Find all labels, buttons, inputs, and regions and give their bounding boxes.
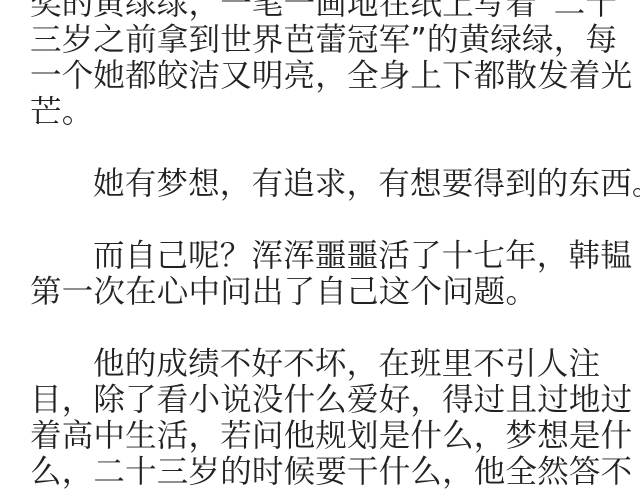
paragraph-gap <box>30 130 608 166</box>
paragraph-2: 她有梦想，有追求，有想要得到的东西。 <box>30 166 608 202</box>
text-line: 而自己呢？浑浑噩噩活了十七年，韩韫 <box>30 238 608 274</box>
text-line: 奖的黄绿绿，一笔一画地在纸上写着“二十 <box>30 0 608 22</box>
text-line: 她有梦想，有追求，有想要得到的东西。 <box>30 166 608 202</box>
text-line: 芒。 <box>30 94 608 130</box>
text-line: 他的成绩不好不坏，在班里不引人注 <box>30 346 608 382</box>
text-line: 一个她都皎洁又明亮，全身上下都散发着光 <box>30 58 608 94</box>
text-line: 三岁之前拿到世界芭蕾冠军”的黄绿绿，每 <box>30 22 608 58</box>
paragraph-4: 他的成绩不好不坏，在班里不引人注 目，除了看小说没什么爱好，得过且过地过 着高中… <box>30 346 608 490</box>
text-line: 目，除了看小说没什么爱好，得过且过地过 <box>30 382 608 418</box>
paragraph-gap <box>30 310 608 346</box>
text-line: 着高中生活，若问他规划是什么，梦想是什 <box>30 418 608 454</box>
text-line: 么，二十三岁的时候要干什么，他全然答不 <box>30 454 608 490</box>
paragraph-gap <box>30 202 608 238</box>
document-body: 奖的黄绿绿，一笔一画地在纸上写着“二十 三岁之前拿到世界芭蕾冠军”的黄绿绿，每 … <box>30 0 608 490</box>
paragraph-1: 奖的黄绿绿，一笔一画地在纸上写着“二十 三岁之前拿到世界芭蕾冠军”的黄绿绿，每 … <box>30 0 608 130</box>
paragraph-3: 而自己呢？浑浑噩噩活了十七年，韩韫 第一次在心中问出了自己这个问题。 <box>30 238 608 310</box>
text-line: 第一次在心中问出了自己这个问题。 <box>30 274 608 310</box>
